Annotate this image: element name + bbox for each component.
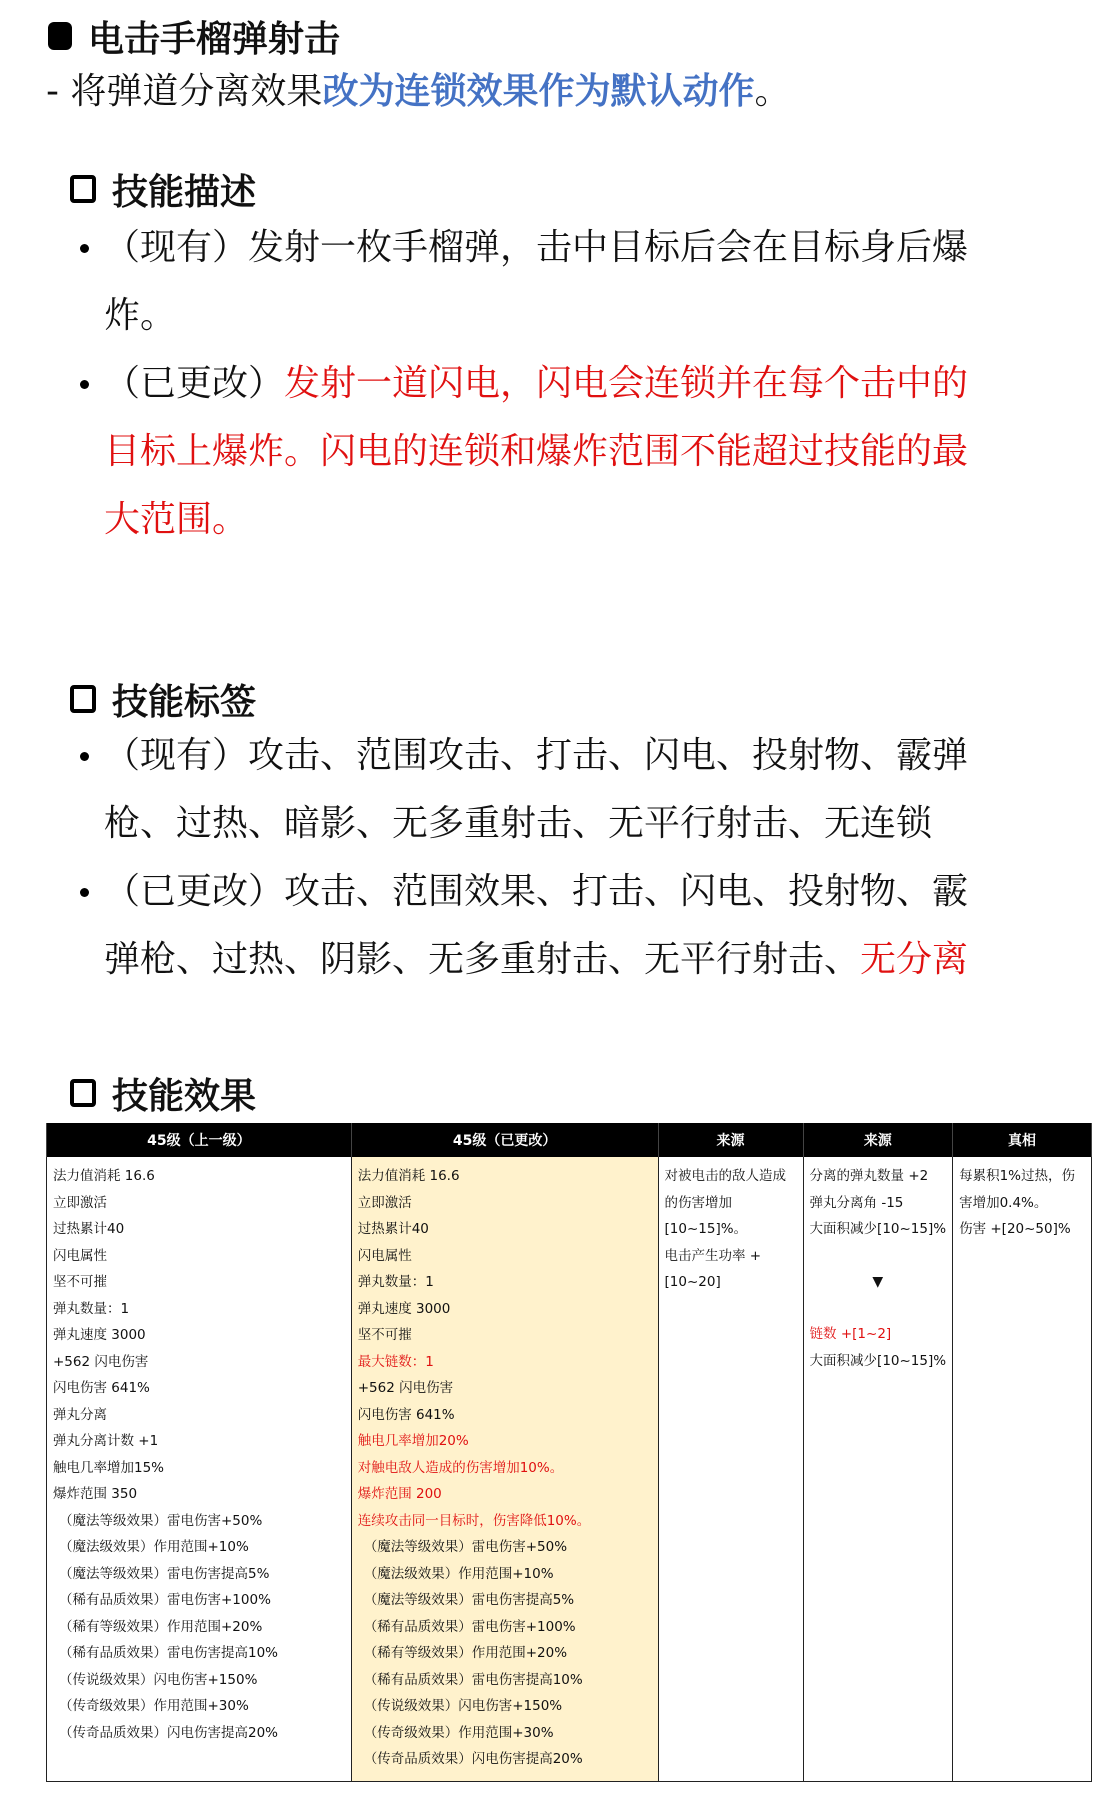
cell-truth: 每累积1%过热，伤害增加0.4%。 伤害 +[20~50]% bbox=[953, 1157, 1092, 1781]
effect-line-changed: 连续攻击同一目标时，伤害降低10%。 bbox=[358, 1508, 652, 1535]
change-summary: - 将弹道分离效果改为连锁效果作为默认动作。 bbox=[46, 64, 790, 120]
column-header-changed: 45级（已更改） bbox=[351, 1123, 658, 1157]
bullet-dot-icon bbox=[80, 888, 89, 897]
hollow-square-bullet-icon bbox=[70, 685, 96, 713]
effect-line: （魔法等级效果）雷电伤害提高5% bbox=[53, 1561, 345, 1588]
effect-line: 过热累计40 bbox=[358, 1216, 652, 1243]
truth-line: 每累积1%过热，伤害增加0.4%。 bbox=[959, 1163, 1085, 1216]
source-2-line: 分离的弹丸数量 +2 bbox=[810, 1163, 947, 1190]
change-summary-highlight: 改为连锁效果作为默认动作 bbox=[322, 71, 754, 112]
bullet-dot-icon bbox=[80, 752, 89, 761]
cell-changed: 法力值消耗 16.6立即激活过热累计40闪电属性弹丸数量：1弹丸速度 3000坚… bbox=[351, 1157, 658, 1781]
effect-line: （传说级效果）闪电伤害+150% bbox=[53, 1667, 345, 1694]
cell-source-1: 对被电击的敌人造成的伤害增加[10~15]%。 电击产生功率 +[10~20] bbox=[658, 1157, 803, 1781]
source-2-line: 大面积减少[10~15]% bbox=[810, 1348, 947, 1375]
effect-line: 立即激活 bbox=[53, 1190, 345, 1217]
effect-line: 爆炸范围 350 bbox=[53, 1481, 345, 1508]
description-list: （现有）发射一枚手榴弹，击中目标后会在目标身后爆 炸。 （已更改）发射一道闪电，… bbox=[80, 214, 1080, 554]
effect-line: （传奇品质效果）闪电伤害提高20% bbox=[358, 1746, 652, 1773]
effect-line: （传奇级效果）作用范围+30% bbox=[358, 1720, 652, 1747]
item-label: （现有） bbox=[104, 735, 248, 776]
effect-line: 过热累计40 bbox=[53, 1216, 345, 1243]
effects-table: 45级（上一级） 45级（已更改） 来源 来源 真相 法力值消耗 16.6立即激… bbox=[46, 1123, 1092, 1782]
effect-line: （传奇品质效果）闪电伤害提高20% bbox=[53, 1720, 345, 1747]
effect-line: （魔法级效果）作用范围+10% bbox=[358, 1561, 652, 1588]
cell-previous: 法力值消耗 16.6立即激活过热累计40闪电属性坚不可摧弹丸数量：1弹丸速度 3… bbox=[47, 1157, 352, 1781]
effect-line: 闪电属性 bbox=[53, 1243, 345, 1270]
bullet-dot-icon bbox=[80, 244, 89, 253]
effect-line-changed: 触电几率增加20% bbox=[358, 1428, 652, 1455]
hollow-square-bullet-icon bbox=[70, 175, 96, 203]
effect-line: （传说级效果）闪电伤害+150% bbox=[358, 1693, 652, 1720]
effect-line: （传奇级效果）作用范围+30% bbox=[53, 1693, 345, 1720]
effect-line: 弹丸数量：1 bbox=[358, 1269, 652, 1296]
page-title: 电击手榴弹射击 bbox=[48, 8, 340, 64]
table-row: 法力值消耗 16.6立即激活过热累计40闪电属性坚不可摧弹丸数量：1弹丸速度 3… bbox=[47, 1157, 1092, 1781]
effect-line-changed: 爆炸范围 200 bbox=[358, 1481, 652, 1508]
effect-line: 弹丸速度 3000 bbox=[53, 1322, 345, 1349]
effect-line: 弹丸分离计数 +1 bbox=[53, 1428, 345, 1455]
effect-line-changed: 对触电敌人造成的伤害增加10%。 bbox=[358, 1455, 652, 1482]
section-heading-effects: 技能效果 bbox=[70, 1068, 256, 1118]
effect-line: （稀有等级效果）作用范围+20% bbox=[358, 1640, 652, 1667]
effect-line: （魔法级效果）作用范围+10% bbox=[53, 1534, 345, 1561]
item-text: 炸。 bbox=[104, 295, 176, 336]
effect-line: +562 闪电伤害 bbox=[358, 1375, 652, 1402]
source-2-line-changed: 链数 +[1~2] bbox=[810, 1321, 947, 1348]
item-text-changed: 目标上爆炸。闪电的连锁和爆炸范围不能超过技能的最 bbox=[104, 431, 968, 472]
section-heading-text: 技能效果 bbox=[112, 1068, 256, 1119]
item-label: （已更改） bbox=[104, 871, 284, 912]
source-2-line: 大面积减少[10~15]% bbox=[810, 1216, 947, 1243]
source-1-line: 对被电击的敌人造成的伤害增加[10~15]%。 bbox=[665, 1163, 797, 1243]
effect-line: 坚不可摧 bbox=[358, 1322, 652, 1349]
filled-square-bullet-icon bbox=[48, 22, 72, 50]
column-header-source-2: 来源 bbox=[803, 1123, 953, 1157]
source-1-line: 电击产生功率 +[10~20] bbox=[665, 1243, 797, 1296]
down-arrow-icon: ▼ bbox=[810, 1243, 947, 1322]
effect-line: 弹丸分离 bbox=[53, 1402, 345, 1429]
effect-line: （魔法等级效果）雷电伤害+50% bbox=[53, 1508, 345, 1535]
item-label: （现有） bbox=[104, 227, 248, 268]
source-2-line: 弹丸分离角 -15 bbox=[810, 1190, 947, 1217]
effect-line: （稀有品质效果）雷电伤害提高10% bbox=[53, 1640, 345, 1667]
item-text-changed: 大范围。 bbox=[104, 499, 248, 540]
effect-line: （魔法等级效果）雷电伤害+50% bbox=[358, 1534, 652, 1561]
description-item-current: （现有）发射一枚手榴弹，击中目标后会在目标身后爆 炸。 bbox=[80, 214, 1080, 350]
bullet-dot-icon bbox=[80, 380, 89, 389]
effect-line: （稀有品质效果）雷电伤害+100% bbox=[53, 1587, 345, 1614]
effect-line: 法力值消耗 16.6 bbox=[358, 1163, 652, 1190]
tags-item-current: （现有）攻击、范围攻击、打击、闪电、投射物、霰弹 枪、过热、暗影、无多重射击、无… bbox=[80, 722, 1080, 858]
item-text-changed: 无分离 bbox=[860, 939, 968, 980]
description-item-changed: （已更改）发射一道闪电，闪电会连锁并在每个击中的 目标上爆炸。闪电的连锁和爆炸范… bbox=[80, 350, 1080, 554]
section-heading-text: 技能描述 bbox=[112, 164, 256, 215]
item-text: 攻击、范围攻击、打击、闪电、投射物、霰弹 bbox=[248, 735, 968, 776]
effect-line: 弹丸数量：1 bbox=[53, 1296, 345, 1323]
cell-source-2: 分离的弹丸数量 +2 弹丸分离角 -15 大面积减少[10~15]% ▼ 链数 … bbox=[803, 1157, 953, 1781]
item-text-changed: 发射一道闪电，闪电会连锁并在每个击中的 bbox=[284, 363, 968, 404]
effect-line: 坚不可摧 bbox=[53, 1269, 345, 1296]
item-label: （已更改） bbox=[104, 363, 284, 404]
effect-line: 闪电伤害 641% bbox=[53, 1375, 345, 1402]
effect-line: 弹丸速度 3000 bbox=[358, 1296, 652, 1323]
section-heading-text: 技能标签 bbox=[112, 674, 256, 725]
table-header-row: 45级（上一级） 45级（已更改） 来源 来源 真相 bbox=[47, 1123, 1092, 1157]
item-text: 发射一枚手榴弹，击中目标后会在目标身后爆 bbox=[248, 227, 968, 268]
tags-list: （现有）攻击、范围攻击、打击、闪电、投射物、霰弹 枪、过热、暗影、无多重射击、无… bbox=[80, 722, 1080, 994]
column-header-previous: 45级（上一级） bbox=[47, 1123, 352, 1157]
effect-line: 立即激活 bbox=[358, 1190, 652, 1217]
effect-line: +562 闪电伤害 bbox=[53, 1349, 345, 1376]
column-header-source-1: 来源 bbox=[658, 1123, 803, 1157]
hollow-square-bullet-icon bbox=[70, 1079, 96, 1107]
item-text: 弹枪、过热、阴影、无多重射击、无平行射击、 bbox=[104, 939, 860, 980]
change-summary-prefix: - 将弹道分离效果 bbox=[46, 71, 322, 112]
item-text: 枪、过热、暗影、无多重射击、无平行射击、无连锁 bbox=[104, 803, 932, 844]
column-header-truth: 真相 bbox=[953, 1123, 1092, 1157]
effect-line: 触电几率增加15% bbox=[53, 1455, 345, 1482]
effect-line: 闪电伤害 641% bbox=[358, 1402, 652, 1429]
section-heading-description: 技能描述 bbox=[70, 164, 256, 214]
page-title-text: 电击手榴弹射击 bbox=[88, 11, 340, 62]
effect-line: 法力值消耗 16.6 bbox=[53, 1163, 345, 1190]
section-heading-tags: 技能标签 bbox=[70, 674, 256, 724]
effect-line: （稀有品质效果）雷电伤害+100% bbox=[358, 1614, 652, 1641]
effect-line: 闪电属性 bbox=[358, 1243, 652, 1270]
change-summary-suffix: 。 bbox=[754, 71, 790, 112]
effect-line: （稀有等级效果）作用范围+20% bbox=[53, 1614, 345, 1641]
truth-line: 伤害 +[20~50]% bbox=[959, 1216, 1085, 1243]
item-text: 攻击、范围效果、打击、闪电、投射物、霰 bbox=[284, 871, 968, 912]
effect-line: （魔法等级效果）雷电伤害提高5% bbox=[358, 1587, 652, 1614]
effect-line-changed: 最大链数：1 bbox=[358, 1349, 652, 1376]
tags-item-changed: （已更改）攻击、范围效果、打击、闪电、投射物、霰 弹枪、过热、阴影、无多重射击、… bbox=[80, 858, 1080, 994]
effect-line: （稀有品质效果）雷电伤害提高10% bbox=[358, 1667, 652, 1694]
